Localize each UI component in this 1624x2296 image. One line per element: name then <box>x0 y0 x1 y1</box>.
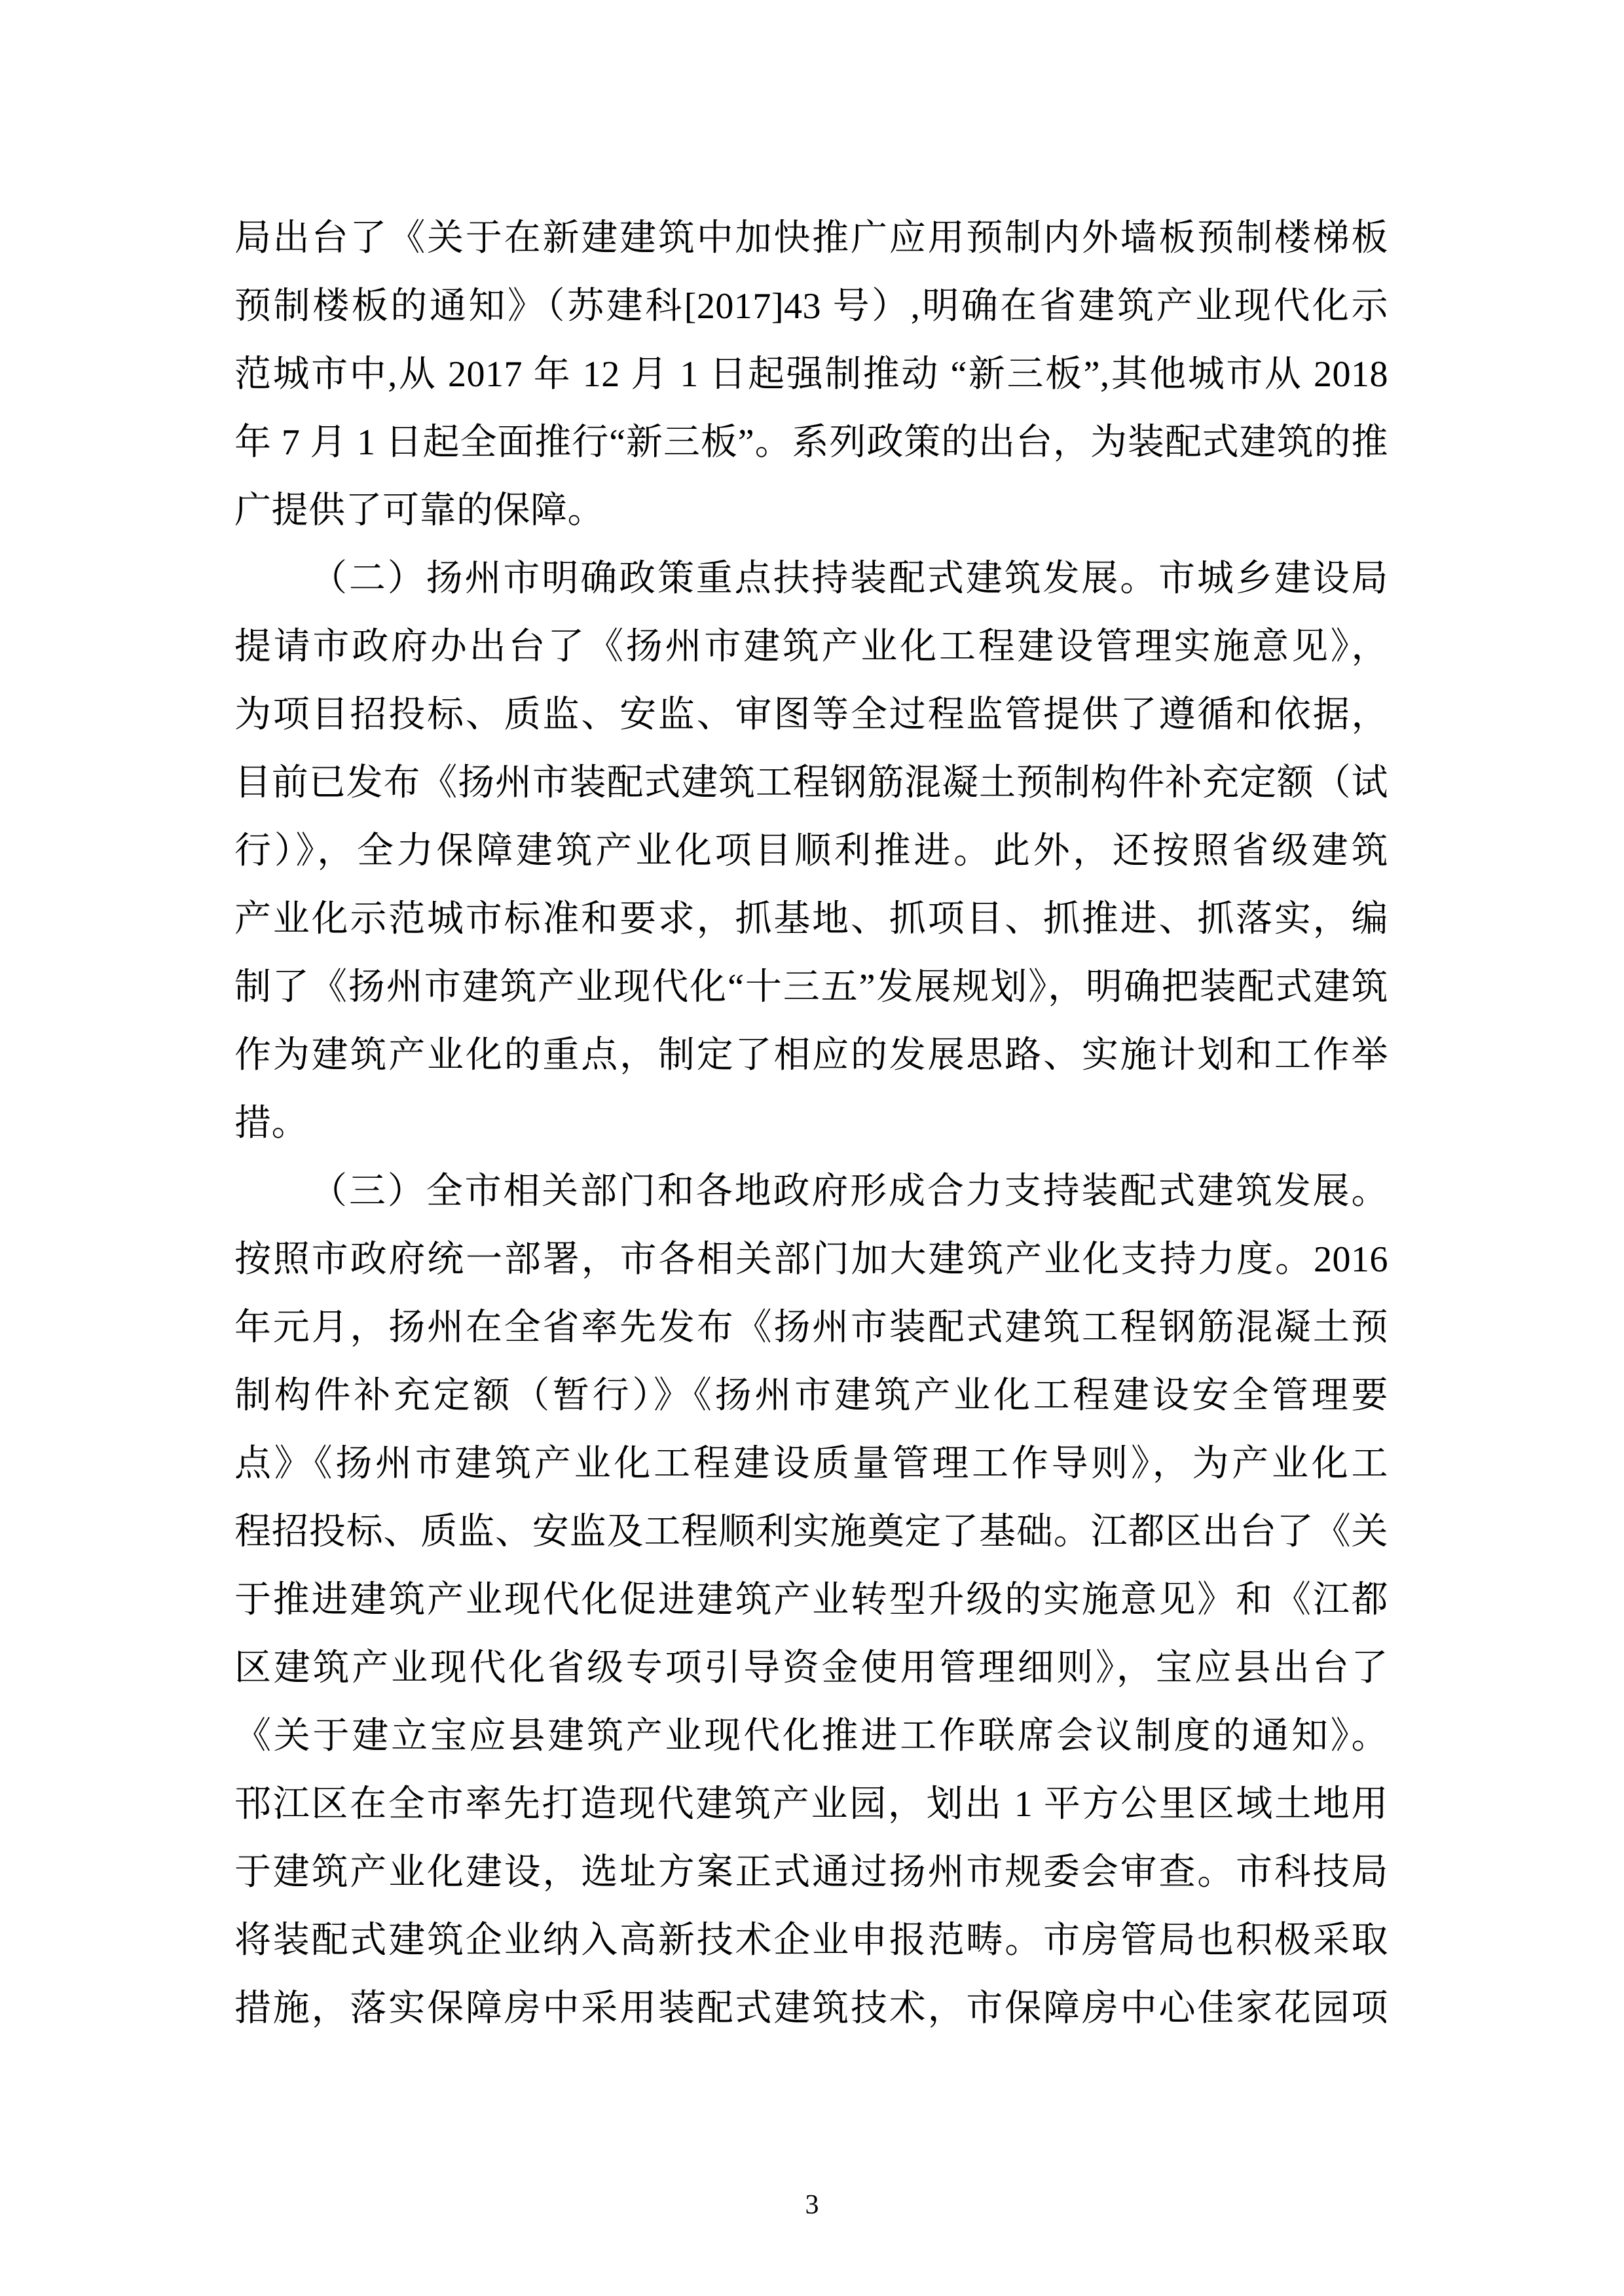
text-line: 程招投标、质监、安监及工程顺利实施奠定了基础。江都区出台了《关 <box>234 1498 1388 1566</box>
text-line-paragraph-start: （二）扬州市明确政策重点扶持装配式建筑发展。市城乡建设局 <box>234 545 1388 613</box>
text-line: 于推进建筑产业现代化促进建筑产业转型升级的实施意见》和《江都 <box>234 1566 1388 1634</box>
text-line: 邗江区在全市率先打造现代建筑产业园，划出 1 平方公里区域土地用 <box>234 1770 1388 1838</box>
text-line: 广提供了可靠的保障。 <box>234 477 1388 545</box>
text-line: 点》《扬州市建筑产业化工程建设质量管理工作导则》，为产业化工 <box>234 1430 1388 1498</box>
text-line: 提请市政府办出台了《扬州市建筑产业化工程建设管理实施意见》， <box>234 613 1388 681</box>
text-line: 目前已发布《扬州市装配式建筑工程钢筋混凝土预制构件补充定额（试 <box>234 749 1388 817</box>
text-line: 于建筑产业化建设，选址方案正式通过扬州市规委会审查。市科技局 <box>234 1838 1388 1906</box>
text-line: 区建筑产业现代化省级专项引导资金使用管理细则》，宝应县出台了 <box>234 1634 1388 1702</box>
text-line: 预制楼板的通知》（苏建科[2017]43 号）,明确在省建筑产业现代化示 <box>234 272 1388 340</box>
text-line: 措。 <box>234 1089 1388 1157</box>
text-line: 制了《扬州市建筑产业现代化“十三五”发展规划》，明确把装配式建筑 <box>234 953 1388 1021</box>
text-line: 行）》，全力保障建筑产业化项目顺利推进。此外，还按照省级建筑 <box>234 817 1388 885</box>
text-line: 作为建筑产业化的重点，制定了相应的发展思路、实施计划和工作举 <box>234 1021 1388 1089</box>
text-line: 年 7 月 1 日起全面推行“新三板”。系列政策的出台，为装配式建筑的推 <box>234 409 1388 477</box>
text-line: 为项目招投标、质监、安监、审图等全过程监管提供了遵循和依据， <box>234 681 1388 749</box>
text-line: 产业化示范城市标准和要求，抓基地、抓项目、抓推进、抓落实，编 <box>234 885 1388 953</box>
text-line: 按照市政府统一部署，市各相关部门加大建筑产业化支持力度。2016 <box>234 1226 1388 1294</box>
text-line: 《关于建立宝应县建筑产业现代化推进工作联席会议制度的通知》。 <box>234 1702 1388 1770</box>
text-line: 局出台了《关于在新建建筑中加快推广应用预制内外墙板预制楼梯板 <box>234 204 1388 272</box>
document-page: 局出台了《关于在新建建筑中加快推广应用预制内外墙板预制楼梯板 预制楼板的通知》（… <box>0 0 1624 2296</box>
text-line: 范城市中,从 2017 年 12 月 1 日起强制推动 “新三板”,其他城市从 … <box>234 340 1388 409</box>
text-block: 局出台了《关于在新建建筑中加快推广应用预制内外墙板预制楼梯板 预制楼板的通知》（… <box>234 204 1388 2043</box>
text-line: 制构件补充定额（暂行）》《扬州市建筑产业化工程建设安全管理要 <box>234 1362 1388 1430</box>
page-number: 3 <box>0 2184 1624 2226</box>
text-line: 年元月，扬州在全省率先发布《扬州市装配式建筑工程钢筋混凝土预 <box>234 1294 1388 1362</box>
text-line: 措施，落实保障房中采用装配式建筑技术，市保障房中心佳家花园项 <box>234 1975 1388 2043</box>
text-line: 将装配式建筑企业纳入高新技术企业申报范畴。市房管局也积极采取 <box>234 1906 1388 1975</box>
text-line-paragraph-start: （三）全市相关部门和各地政府形成合力支持装配式建筑发展。 <box>234 1157 1388 1226</box>
